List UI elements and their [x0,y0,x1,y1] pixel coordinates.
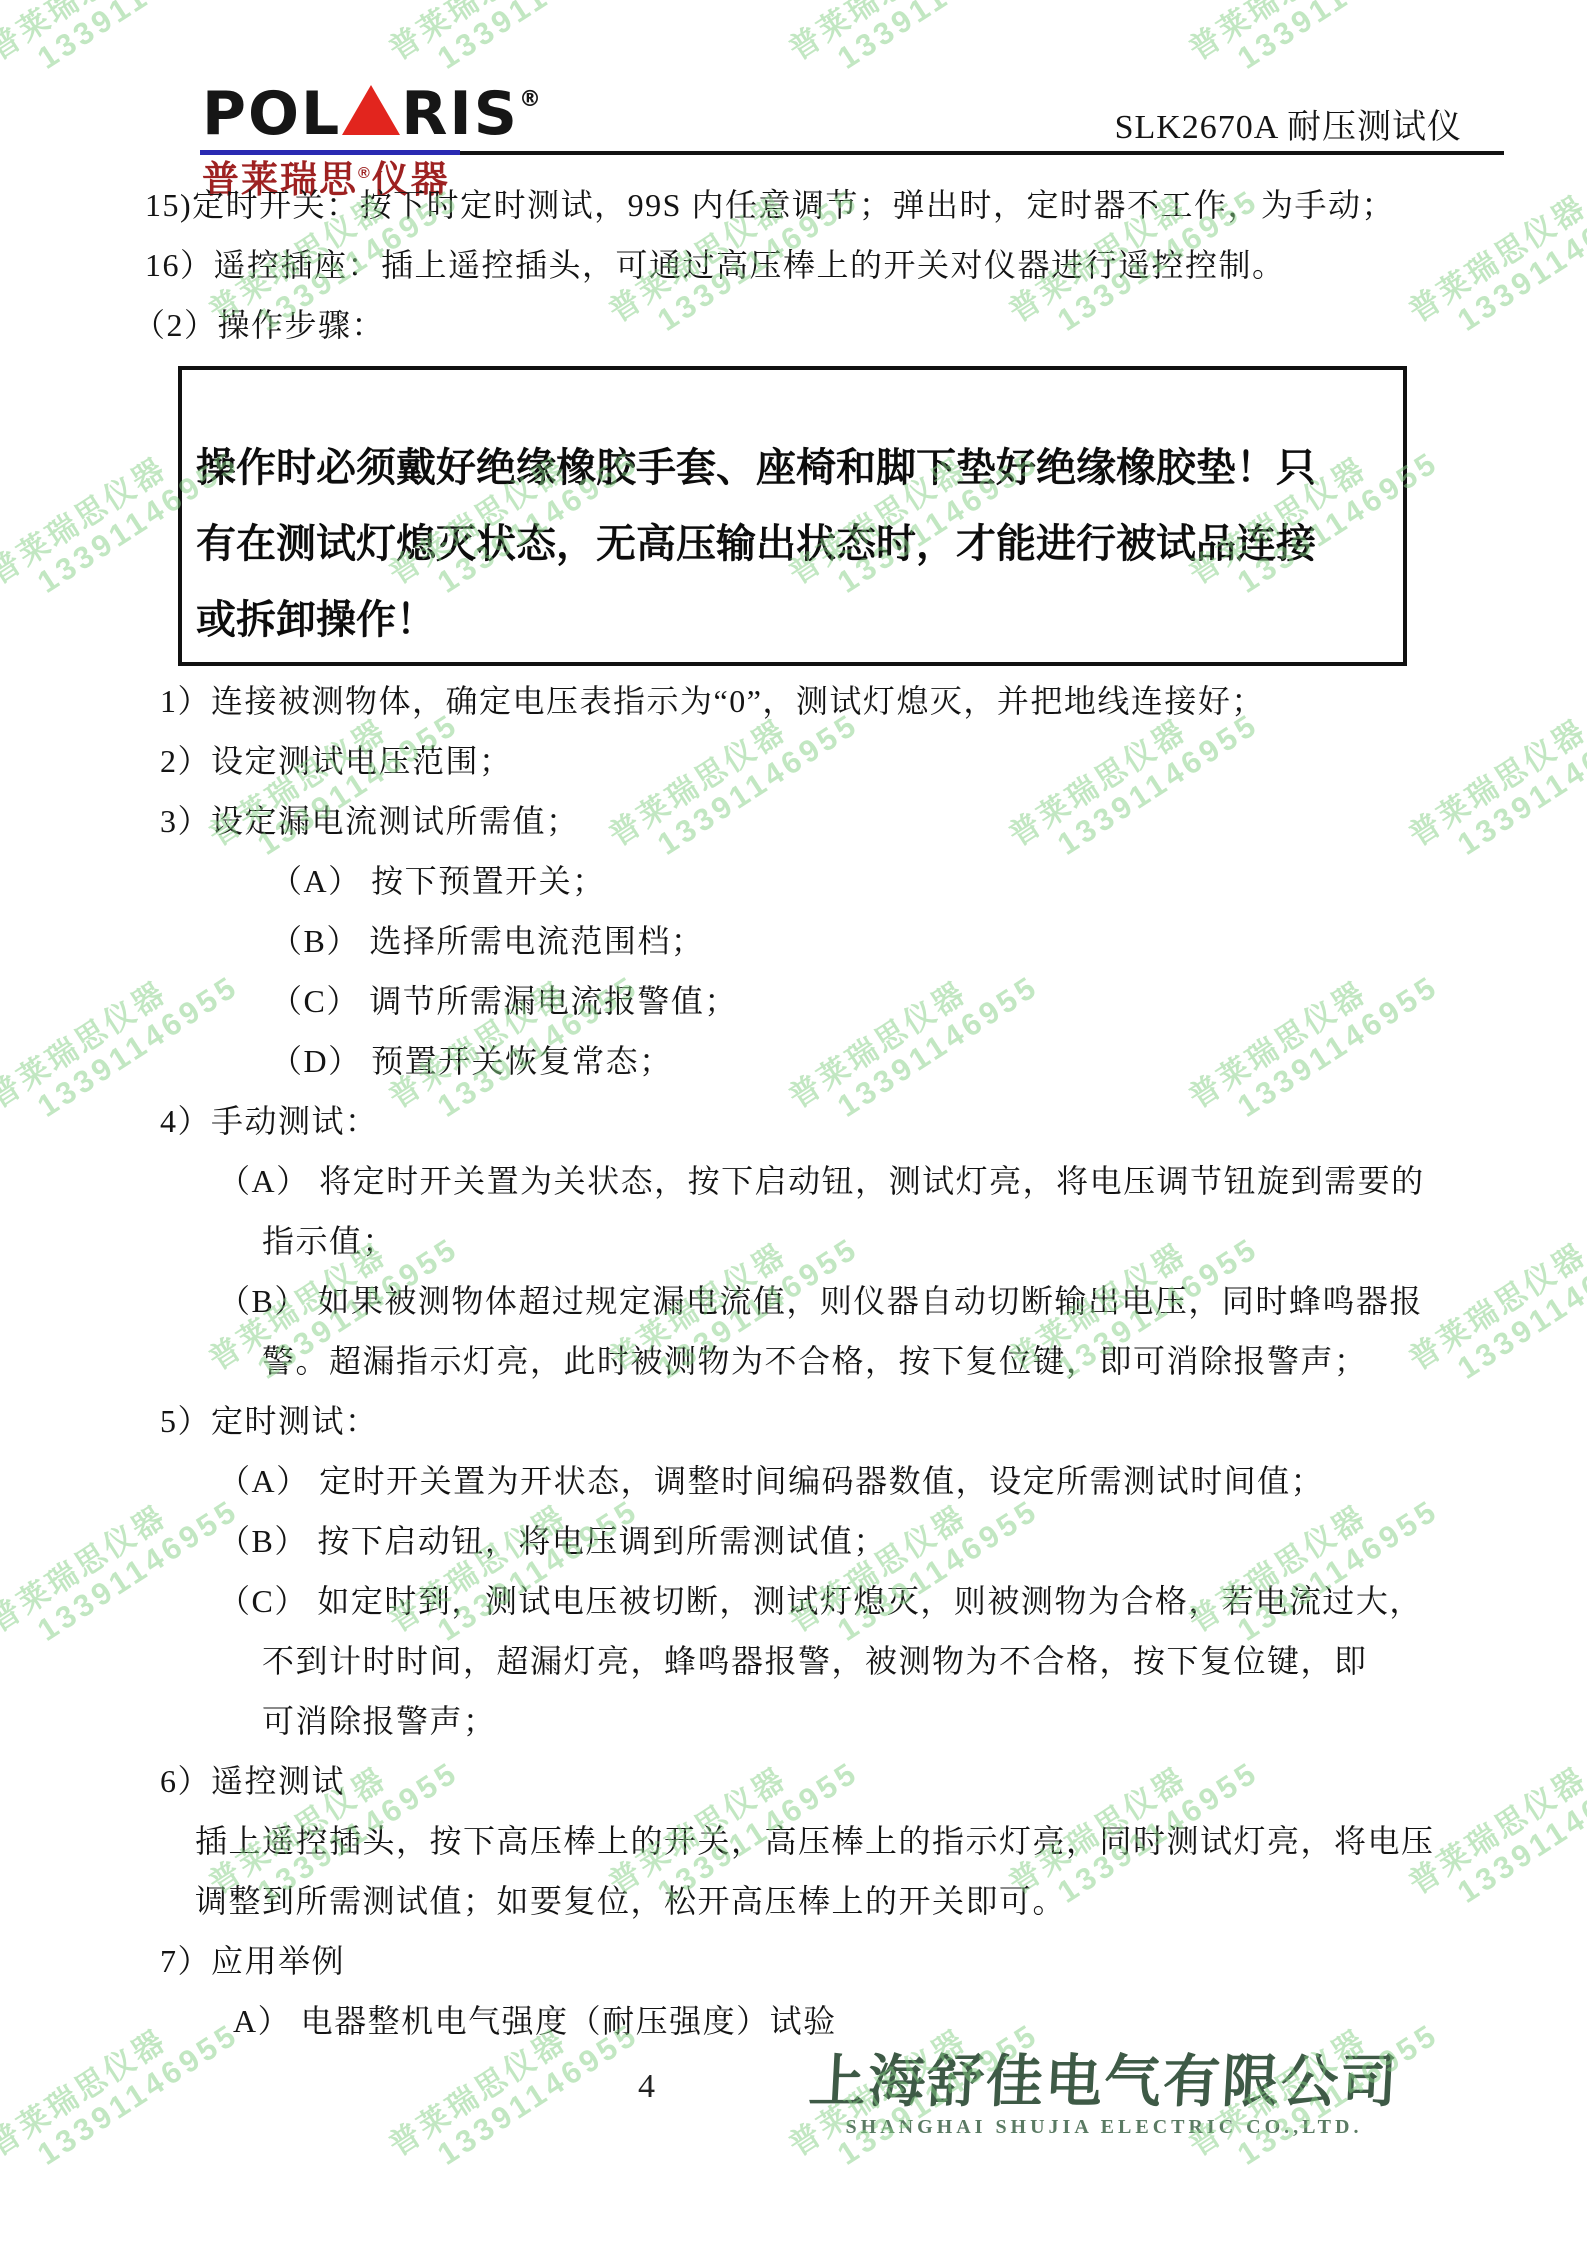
registered-mark: ® [519,87,541,112]
body-line: 4）手动测试： [0,1102,1587,1140]
body-line: 指示值； [0,1222,1587,1260]
manual-page: POLRIS® 普莱瑞思®仪器 SLK2670A 耐压测试仪 15)定时开关：按… [0,0,1587,2245]
warning-line: 或拆卸操作！ [196,582,1393,658]
body-line: 7）应用举例 [0,1942,1587,1980]
body-line: （D） 预置开关恢复常态； [0,1042,1587,1080]
body-line: 3）设定漏电流测试所需值； [0,802,1587,840]
body-text: 15)定时开关：按下时定时测试，99S 内任意调节；弹出时，定时器不工作，为手动… [0,186,1587,2062]
body-line: （A） 定时开关置为开状态，调整时间编码器数值，设定所需测试时间值； [0,1462,1587,1500]
body-line: 不到计时时间，超漏灯亮，蜂鸣器报警，被测物为不合格，按下复位键，即 [0,1642,1587,1680]
body-line: 2）设定测试电压范围； [0,742,1587,780]
page-content: POLRIS® 普莱瑞思®仪器 SLK2670A 耐压测试仪 15)定时开关：按… [0,0,1587,2245]
body-line: 15)定时开关：按下时定时测试，99S 内任意调节；弹出时，定时器不工作，为手动… [0,186,1587,224]
logo-text-post: RIS [401,79,519,149]
header-rule [460,151,1504,155]
page-number: 4 [638,2068,655,2106]
company-name-english: SHANGHAI SHUJIA ELECTRIC CO.,LTD. [809,2116,1399,2139]
body-line: 调整到所需测试值；如要复位，松开高压棒上的开关即可。 [0,1882,1587,1920]
body-line: 插上遥控插头，按下高压棒上的开关，高压棒上的指示灯亮，同时测试灯亮，将电压 [0,1822,1587,1860]
body-line: A） 电器整机电气强度（耐压强度）试验 [0,2002,1587,2040]
body-line: （B） 如果被测物体超过规定漏电流值，则仪器自动切断输出电压，同时蜂鸣器报 [0,1282,1587,1320]
body-line: 6）遥控测试 [0,1762,1587,1800]
body-line: 可消除报警声； [0,1702,1587,1740]
logo-text-pre: POL [202,79,341,149]
body-line: 5）定时测试： [0,1402,1587,1440]
body-line: （C） 调节所需漏电流报警值； [0,982,1587,1020]
body-line: 1）连接被测物体，确定电压表指示为“0”，测试灯熄灭，并把地线连接好； [0,682,1587,720]
body-line: （B） 选择所需电流范围档； [0,922,1587,960]
body-line: 警。超漏指示灯亮，此时被测物为不合格，按下复位键，即可消除报警声； [0,1342,1587,1380]
body-line: （A） 将定时开关置为关状态，按下启动钮，测试灯亮，将电压调节钮旋到需要的 [0,1162,1587,1200]
warning-line: 操作时必须戴好绝缘橡胶手套、座椅和脚下垫好绝缘橡胶垫！只 [196,430,1393,506]
registered-mark-small: ® [358,165,372,182]
body-line: （C） 如定时到，测试电压被切断，测试灯熄灭，则被测物为合格，若电流过大， [0,1582,1587,1620]
body-line: （2）操作步骤： [0,306,1587,344]
polaris-logo: POLRIS® [202,70,541,144]
body-line: （B） 按下启动钮，将电压调到所需测试值； [0,1522,1587,1560]
document-title: SLK2670A 耐压测试仪 [1115,110,1462,146]
company-logo: 上海舒佳电气有限公司 SHANGHAI SHUJIA ELECTRIC CO.,… [809,2050,1399,2139]
body-line: 16）遥控插座：插上遥控插头，可通过高压棒上的开关对仪器进行遥控控制。 [0,246,1587,284]
warning-line: 有在测试灯熄灭状态，无高压输出状态时，才能进行被试品连接 [196,506,1393,582]
body-line: （A） 按下预置开关； [0,862,1587,900]
company-name-chinese: 上海舒佳电气有限公司 [807,2050,1400,2116]
red-triangle-icon [342,85,400,135]
warning-box: 操作时必须戴好绝缘橡胶手套、座椅和脚下垫好绝缘橡胶垫！只 有在测试灯熄灭状态，无… [178,366,1407,666]
